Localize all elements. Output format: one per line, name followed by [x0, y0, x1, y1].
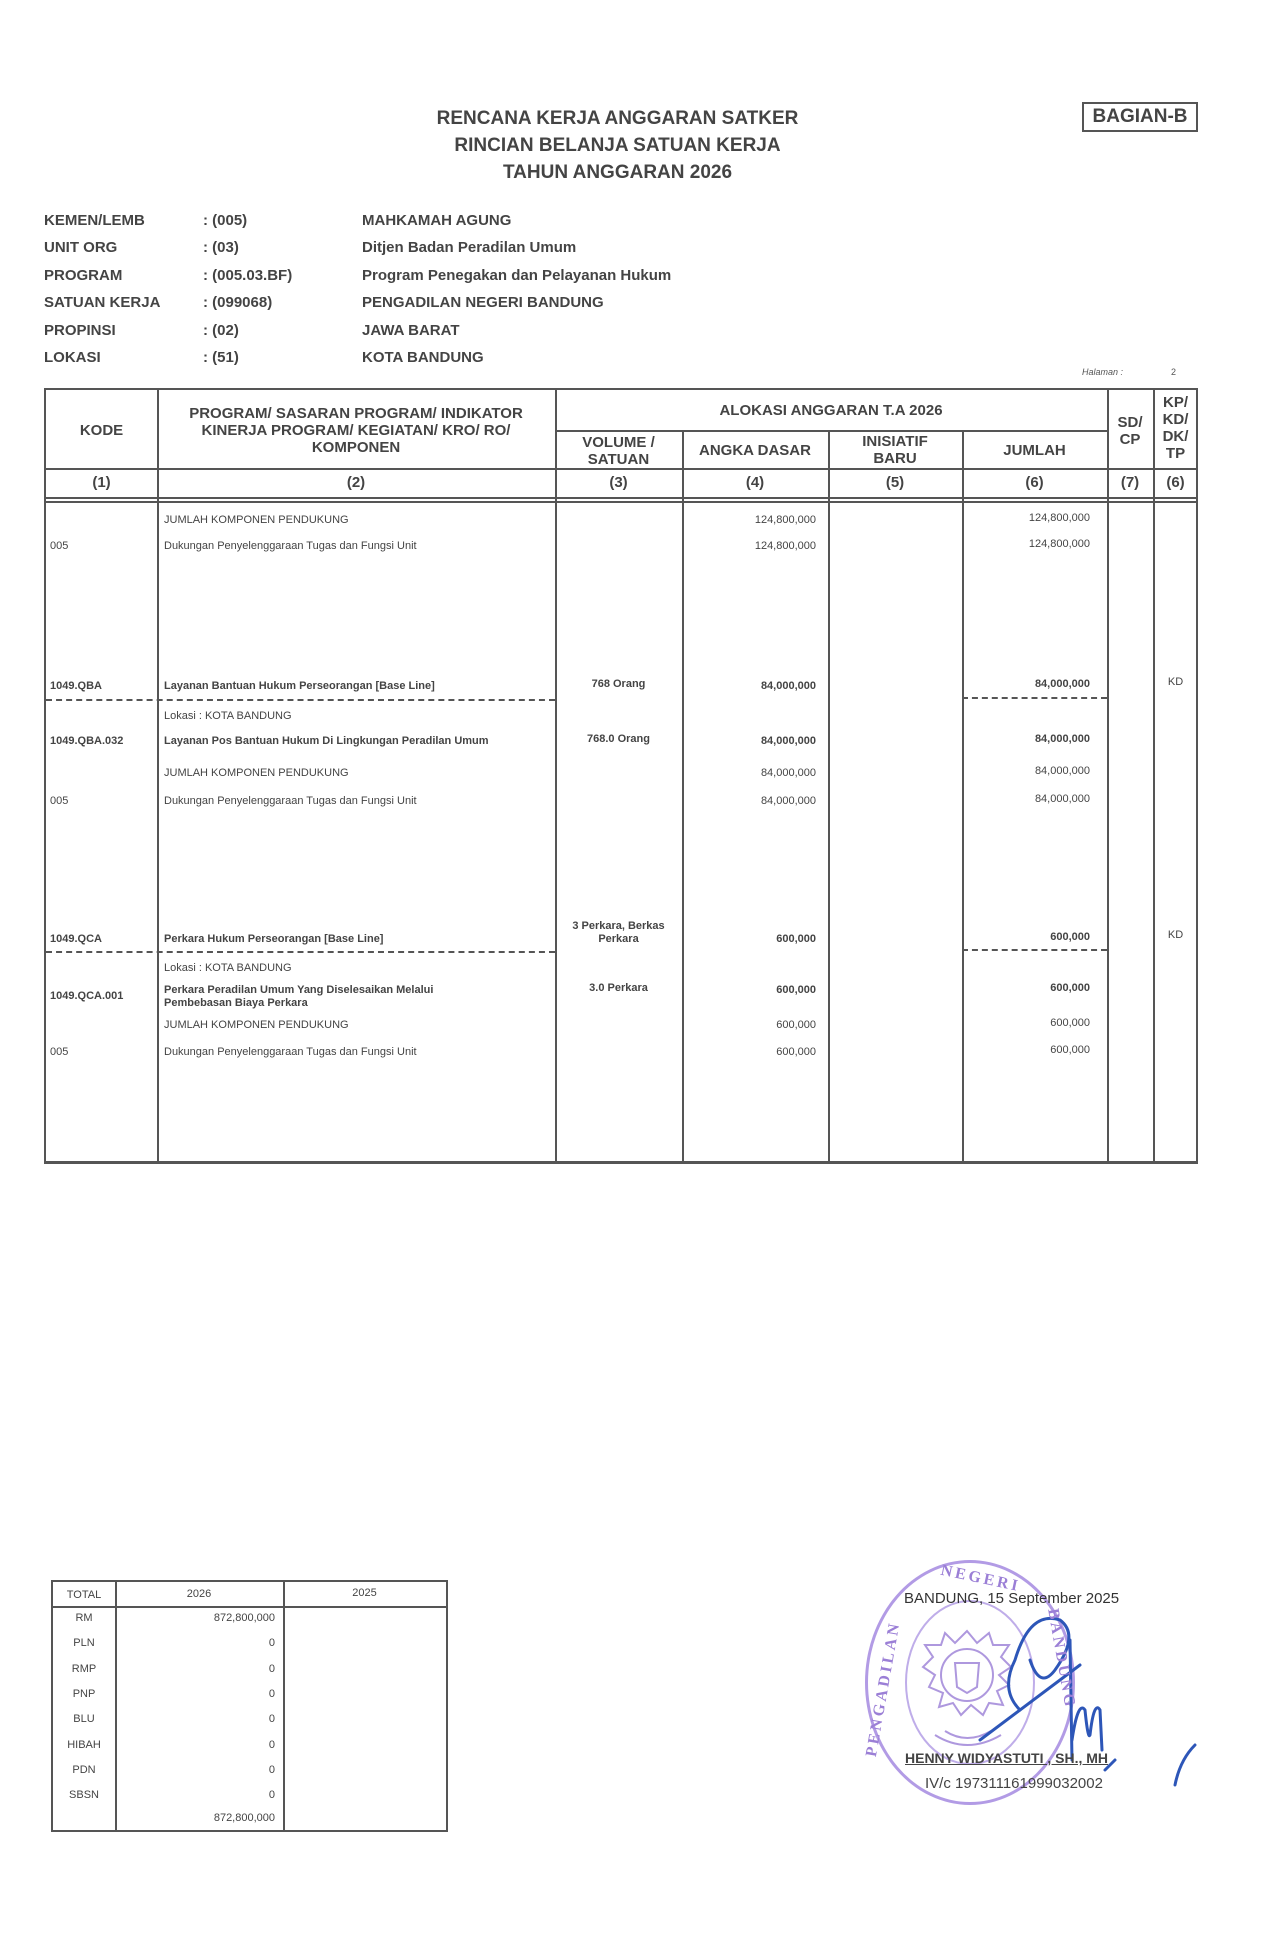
totals-row-label: SBSN	[53, 1789, 115, 1801]
row-uraian: JUMLAH KOMPONEN PENDUKUNG	[164, 1019, 554, 1032]
row-volume: 3 Perkara, Berkas Perkara	[555, 920, 682, 946]
row-uraian: Perkara Hukum Perseorangan [Base Line]	[164, 933, 554, 946]
column-number: (4)	[682, 474, 828, 491]
row-angka-dasar: 600,000	[682, 1019, 816, 1032]
column-number: (1)	[46, 474, 157, 491]
row-volume: 768.0 Orang	[555, 733, 682, 746]
row-angka-dasar: 600,000	[682, 933, 816, 946]
row-uraian: Dukungan Penyelenggaraan Tugas dan Fungs…	[164, 1046, 554, 1059]
totals-table: TOTAL 2026 2025 RM872,800,000PLN0RMP0PNP…	[51, 1580, 448, 1832]
row-angka-dasar: 600,000	[682, 984, 816, 997]
row-separator	[46, 951, 555, 953]
totals-header-2026: 2026	[115, 1588, 283, 1600]
meta-value: Ditjen Badan Peradilan Umum	[362, 239, 576, 256]
totals-row-label: HIBAH	[53, 1739, 115, 1751]
header-kode: KODE	[46, 422, 157, 439]
meta-code: : (005.03.BF)	[203, 267, 292, 284]
row-volume: 768 Orang	[555, 678, 682, 691]
row-kode: 1049.QCA	[50, 933, 155, 946]
row-separator	[46, 699, 555, 701]
row-separator	[962, 949, 1107, 951]
row-angka-dasar: 84,000,000	[682, 795, 816, 808]
meta-label: UNIT ORG	[44, 239, 117, 256]
totals-row-2026: 0	[115, 1713, 275, 1725]
doc-title-line-1: RENCANA KERJA ANGGARAN SATKER	[0, 108, 1235, 130]
totals-row-label: BLU	[53, 1713, 115, 1725]
meta-code: : (099068)	[203, 294, 272, 311]
row-jumlah: 600,000	[962, 1044, 1090, 1057]
row-kp: KD	[1153, 929, 1198, 942]
row-angka-dasar: 84,000,000	[682, 735, 816, 748]
column-number: (7)	[1107, 474, 1153, 491]
meta-code: : (02)	[203, 322, 239, 339]
row-uraian: Layanan Bantuan Hukum Perseorangan [Base…	[164, 680, 554, 693]
row-uraian: Lokasi : KOTA BANDUNG	[164, 710, 554, 723]
header-inisiatif: INISIATIF BARU	[828, 433, 962, 467]
totals-row-2026: 0	[115, 1688, 275, 1700]
row-uraian: Dukungan Penyelenggaraan Tugas dan Fungs…	[164, 540, 554, 553]
row-kode: 1049.QBA.032	[50, 735, 155, 748]
totals-row-2026: 0	[115, 1764, 275, 1776]
row-kode: 005	[50, 795, 155, 808]
signatory-nip: IV/c 197311161999032002	[925, 1775, 1103, 1792]
row-uraian: JUMLAH KOMPONEN PENDUKUNG	[164, 767, 554, 780]
row-jumlah: 600,000	[962, 931, 1090, 944]
totals-row-label: PLN	[53, 1637, 115, 1649]
meta-code: : (005)	[203, 212, 247, 229]
section-badge: BAGIAN-B	[1082, 102, 1198, 132]
header-program: PROGRAM/ SASARAN PROGRAM/ INDIKATOR KINE…	[157, 405, 555, 456]
header-kp: KP/ KD/ DK/ TP	[1153, 394, 1198, 462]
row-jumlah: 84,000,000	[962, 793, 1090, 806]
totals-row-2026: 872,800,000	[115, 1612, 275, 1624]
totals-grand-total: 872,800,000	[115, 1812, 275, 1824]
row-jumlah: 84,000,000	[962, 678, 1090, 691]
totals-header-label: TOTAL	[53, 1589, 115, 1601]
column-number: (5)	[828, 474, 962, 491]
meta-label: PROPINSI	[44, 322, 116, 339]
row-jumlah: 124,800,000	[962, 512, 1090, 525]
header-volume: VOLUME / SATUAN	[555, 434, 682, 468]
page-label: Halaman :	[1082, 367, 1123, 377]
row-uraian: Dukungan Penyelenggaraan Tugas dan Fungs…	[164, 795, 554, 808]
meta-value: JAWA BARAT	[362, 322, 460, 339]
totals-header-2025: 2025	[283, 1587, 446, 1599]
totals-row-label: PDN	[53, 1764, 115, 1776]
totals-row-2026: 0	[115, 1789, 275, 1801]
row-angka-dasar: 84,000,000	[682, 680, 816, 693]
row-kode: 005	[50, 540, 155, 553]
meta-value: MAHKAMAH AGUNG	[362, 212, 511, 229]
totals-row-2026: 0	[115, 1663, 275, 1675]
row-jumlah: 600,000	[962, 1017, 1090, 1030]
row-separator	[962, 697, 1107, 699]
row-jumlah: 600,000	[962, 982, 1090, 995]
signatory-name: HENNY WIDYASTUTI , SH., MH	[905, 1750, 1108, 1766]
row-jumlah: 124,800,000	[962, 538, 1090, 551]
column-number: (2)	[157, 474, 555, 491]
header-alokasi: ALOKASI ANGGARAN T.A 2026	[555, 402, 1107, 419]
row-uraian: Lokasi : KOTA BANDUNG	[164, 962, 554, 975]
meta-label: SATUAN KERJA	[44, 294, 160, 311]
meta-label: LOKASI	[44, 349, 101, 366]
header-jumlah: JUMLAH	[962, 442, 1107, 459]
meta-value: Program Penegakan dan Pelayanan Hukum	[362, 267, 671, 284]
row-angka-dasar: 600,000	[682, 1046, 816, 1059]
page-number: 2	[1171, 367, 1176, 377]
row-volume: 3.0 Perkara	[555, 982, 682, 995]
meta-value: KOTA BANDUNG	[362, 349, 484, 366]
totals-row-2026: 0	[115, 1739, 275, 1751]
meta-value: PENGADILAN NEGERI BANDUNG	[362, 294, 604, 311]
column-number: (6)	[1153, 474, 1198, 491]
row-angka-dasar: 124,800,000	[682, 514, 816, 527]
meta-code: : (03)	[203, 239, 239, 256]
meta-label: PROGRAM	[44, 267, 122, 284]
row-angka-dasar: 84,000,000	[682, 767, 816, 780]
row-kp: KD	[1153, 676, 1198, 689]
meta-label: KEMEN/LEMB	[44, 212, 145, 229]
totals-row-label: PNP	[53, 1688, 115, 1700]
header-angka-dasar: ANGKA DASAR	[682, 442, 828, 459]
totals-row-2026: 0	[115, 1637, 275, 1649]
row-uraian: Perkara Peradilan Umum Yang Diselesaikan…	[164, 984, 554, 1010]
totals-row-label: RM	[53, 1612, 115, 1624]
row-kode: 005	[50, 1046, 155, 1059]
row-kode: 1049.QBA	[50, 680, 155, 693]
header-sdcp: SD/ CP	[1107, 414, 1153, 448]
budget-table: KODE PROGRAM/ SASARAN PROGRAM/ INDIKATOR…	[44, 388, 1198, 1164]
row-uraian: Layanan Pos Bantuan Hukum Di Lingkungan …	[164, 735, 554, 748]
row-angka-dasar: 124,800,000	[682, 540, 816, 553]
doc-title-line-2: RINCIAN BELANJA SATUAN KERJA	[0, 135, 1235, 157]
row-jumlah: 84,000,000	[962, 733, 1090, 746]
row-uraian: JUMLAH KOMPONEN PENDUKUNG	[164, 514, 554, 527]
meta-code: : (51)	[203, 349, 239, 366]
column-number: (6)	[962, 474, 1107, 491]
doc-title-line-3: TAHUN ANGGARAN 2026	[0, 162, 1235, 184]
totals-row-label: RMP	[53, 1663, 115, 1675]
column-number: (3)	[555, 474, 682, 491]
row-jumlah: 84,000,000	[962, 765, 1090, 778]
row-kode: 1049.QCA.001	[50, 990, 155, 1003]
